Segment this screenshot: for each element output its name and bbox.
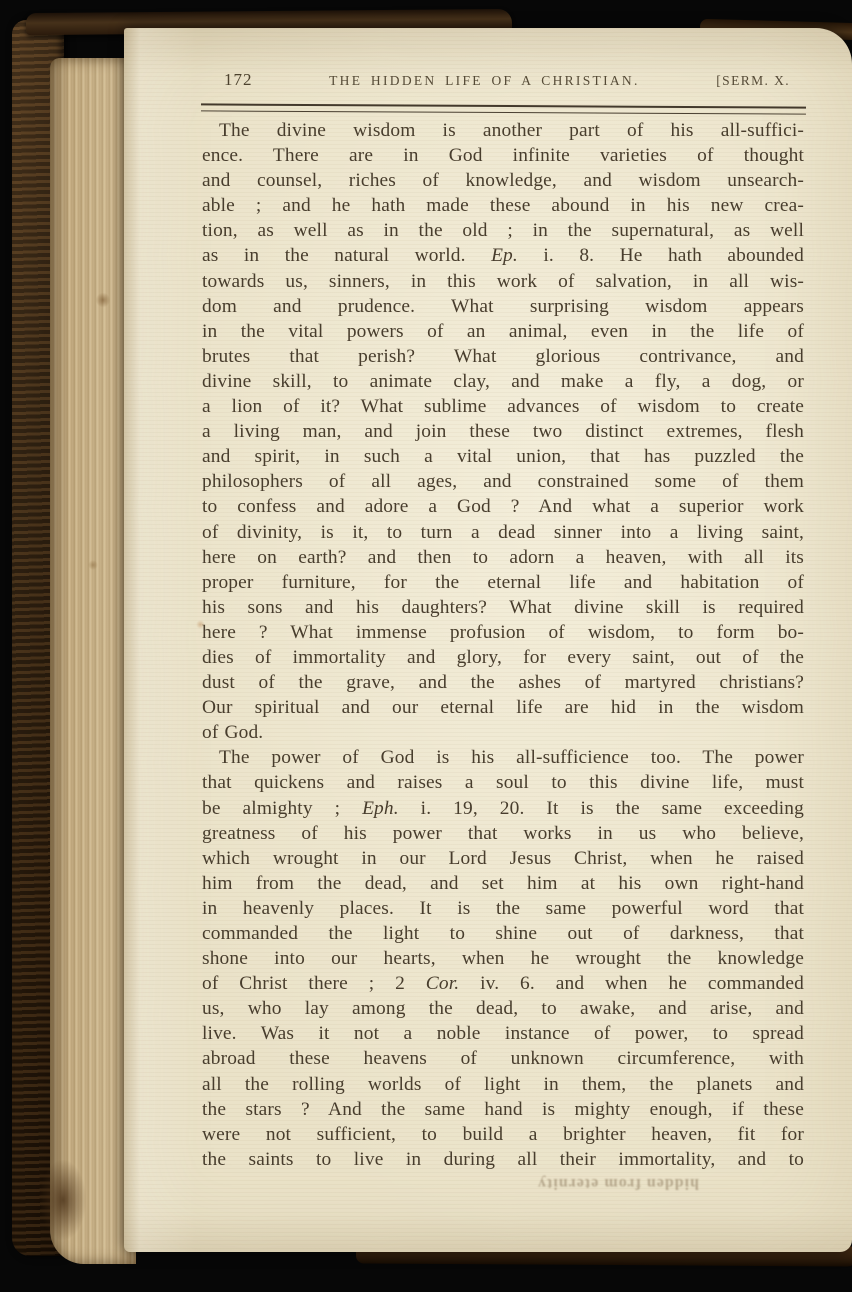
text-line: that quickens and raises a soul to this … bbox=[202, 770, 804, 795]
text-line: philosophers of all ages, and constraine… bbox=[202, 469, 804, 494]
text-line: Our spiritual and our eternal life are h… bbox=[202, 695, 804, 720]
text-line: dust of the grave, and the ashes of mart… bbox=[202, 670, 804, 695]
text-line: his sons and his daughters? What divine … bbox=[202, 595, 804, 620]
text-line: as in the natural world. Ep. i. 8. He ha… bbox=[202, 243, 804, 268]
text-line: him from the dead, and set him at his ow… bbox=[202, 871, 804, 896]
text-line: to confess and adore a God ? And what a … bbox=[202, 494, 804, 519]
book-photo: 172 THE HIDDEN LIFE OF A CHRISTIAN. [SER… bbox=[0, 0, 852, 1292]
page-header: 172 THE HIDDEN LIFE OF A CHRISTIAN. [SER… bbox=[202, 70, 806, 96]
text-line: The divine wisdom is another part of his… bbox=[202, 118, 804, 143]
text-line: a lion of it? What sublime advances of w… bbox=[202, 394, 804, 419]
text-line: and spirit, in such a vital union, that … bbox=[202, 444, 804, 469]
text-line: able ; and he hath made these abound in … bbox=[202, 193, 804, 218]
text-line: shone into our hearts, when he wrought t… bbox=[202, 946, 804, 971]
show-through-text: hidden from eternity bbox=[508, 1174, 728, 1192]
text-line: abroad these heavens of unknown circumfe… bbox=[202, 1046, 804, 1071]
running-head: THE HIDDEN LIFE OF A CHRISTIAN. bbox=[253, 73, 717, 89]
text-line: towards us, sinners, in this work of sal… bbox=[202, 269, 804, 294]
text-line: the saints to live in during all their i… bbox=[202, 1147, 804, 1172]
text-line: here on earth? and then to adorn a heave… bbox=[202, 545, 804, 570]
text-line: of divinity, is it, to turn a dead sinne… bbox=[202, 520, 804, 545]
text-line: greatness of his power that works in us … bbox=[202, 821, 804, 846]
page-number: 172 bbox=[224, 70, 253, 90]
text-line: proper furniture, for the eternal life a… bbox=[202, 570, 804, 595]
text-line: of God. bbox=[202, 720, 804, 745]
text-line: us, who lay among the dead, to awake, an… bbox=[202, 996, 804, 1021]
text-line: here ? What immense profusion of wisdom,… bbox=[202, 620, 804, 645]
text-line: which wrought in our Lord Jesus Christ, … bbox=[202, 846, 804, 871]
text-line: in the vital powers of an animal, even i… bbox=[202, 319, 804, 344]
text-line: The power of God is his all-sufficience … bbox=[202, 745, 804, 770]
text-line: tion, as well as in the old ; in the sup… bbox=[202, 218, 804, 243]
text-line: brutes that perish? What glorious contri… bbox=[202, 344, 804, 369]
text-line: be almighty ; Eph. i. 19, 20. It is the … bbox=[202, 796, 804, 821]
text-line: in heavenly places. It is the same power… bbox=[202, 896, 804, 921]
text-line: live. Was it not a noble instance of pow… bbox=[202, 1021, 804, 1046]
text-line: the stars ? And the same hand is mighty … bbox=[202, 1097, 804, 1122]
text-line: and counsel, riches of knowledge, and wi… bbox=[202, 168, 804, 193]
text-line: of Christ there ; 2 Cor. iv. 6. and when… bbox=[202, 971, 804, 996]
text-line: a living man, and join these two distinc… bbox=[202, 419, 804, 444]
body-text: The divine wisdom is another part of his… bbox=[202, 118, 804, 1172]
text-line: were not sufficient, to build a brighter… bbox=[202, 1122, 804, 1147]
header-rule bbox=[201, 103, 806, 114]
text-line: dies of immortality and glory, for every… bbox=[202, 645, 804, 670]
text-line: divine skill, to animate clay, and make … bbox=[202, 369, 804, 394]
text-line: ence. There are in God infinite varietie… bbox=[202, 143, 804, 168]
text-line: all the rolling worlds of light in them,… bbox=[202, 1072, 804, 1097]
text-line: commanded the light to shine out of dark… bbox=[202, 921, 804, 946]
section-label: [SERM. X. bbox=[716, 73, 806, 89]
book-page: 172 THE HIDDEN LIFE OF A CHRISTIAN. [SER… bbox=[124, 28, 852, 1252]
text-line: dom and prudence. What surprising wisdom… bbox=[202, 294, 804, 319]
